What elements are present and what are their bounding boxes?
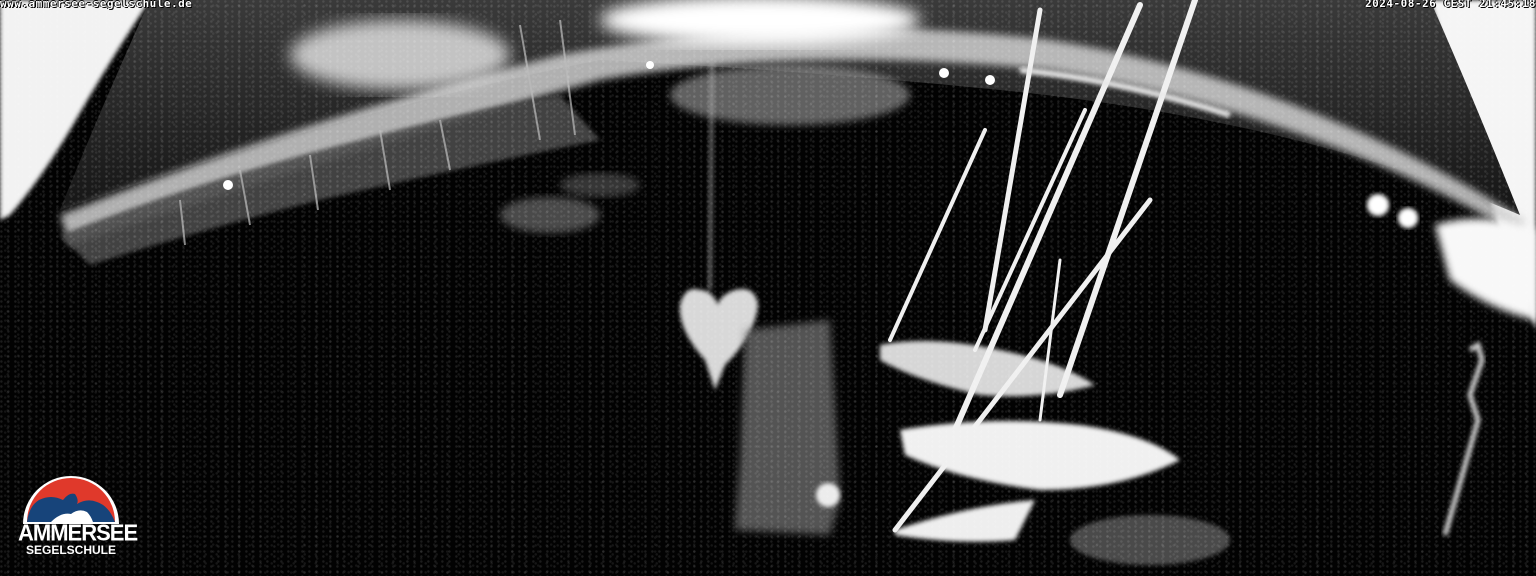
webcam-frame [0,0,1536,576]
url-watermark: www.ammersee-segelschule.de [0,0,192,10]
logo-subtitle: SEGELSCHULE [18,543,124,557]
sky-glare-left [290,20,510,90]
ammersee-segelschule-logo: AMMERSEE SEGELSCHULE [18,456,124,560]
sailboat-hull-2 [900,421,1180,490]
right-glow [1435,219,1536,320]
logo-badge-icon [21,456,121,526]
logo-title: AMMERSEE [18,521,124,544]
far-harbor [670,65,910,125]
harbor-night-scene [0,0,1536,576]
timestamp: 2024-08-26 CEST 21:45:18 [1365,0,1536,10]
buoy-post [1445,345,1482,535]
sailboats [880,341,1230,565]
